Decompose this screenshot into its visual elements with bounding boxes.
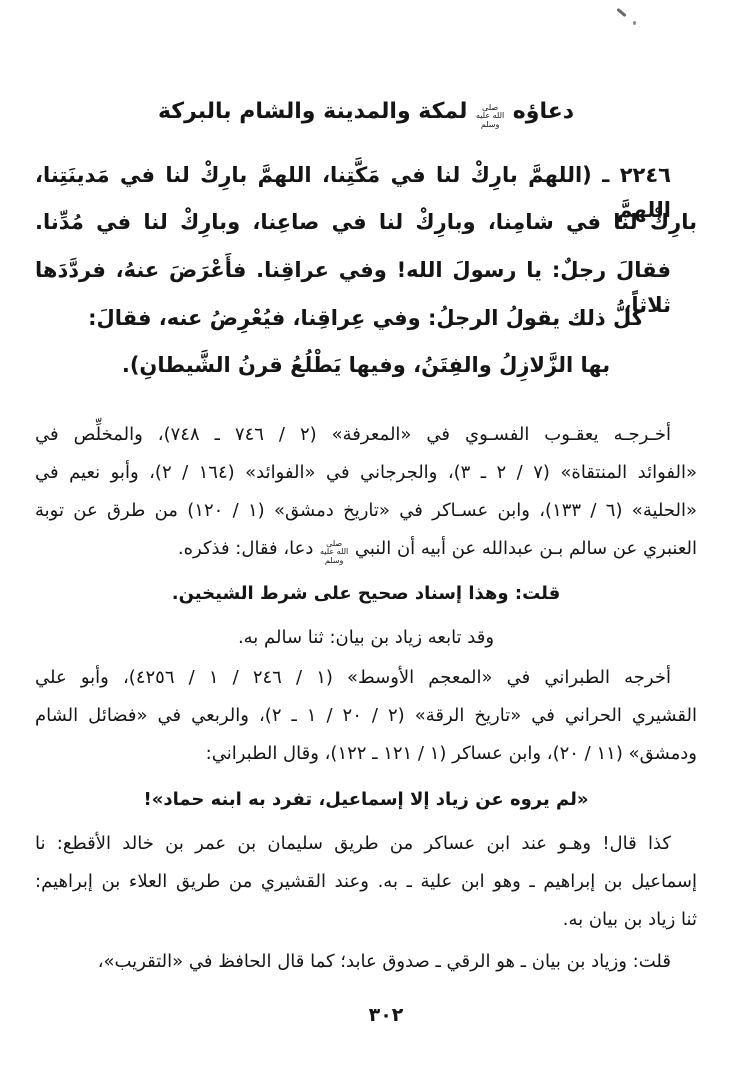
heading-text-post: لمكة والمدينة والشام بالبركة (158, 99, 467, 124)
scan-speck (616, 8, 626, 17)
takhrij-line-1: أخـرجـه يعقـوب الفسـوي في «المعرفة» (٢ /… (35, 420, 697, 450)
tabarani-quote: «لم يروه عن زياد إلا إسماعيل، تفرد به اب… (35, 785, 697, 815)
discussion-line-1: كذا قال! وهـو عند ابن عساكر من طريق سليم… (35, 829, 697, 859)
book-page: دعاؤه صلى الله عليه وسلم لمكة والمدينة و… (0, 0, 732, 1086)
section-heading: دعاؤه صلى الله عليه وسلم لمكة والمدينة و… (35, 94, 697, 130)
takhrij2-line-3: ودمشق» (١١ / ٢٠)، وابن عساكر (١ / ١٢١ ـ … (35, 739, 697, 769)
follow-up-note: وقد تابعه زياد بن بيان: ثنا سالم به. (35, 623, 697, 653)
saw-calligraphy-mark: صلى الله عليه وسلم (475, 104, 505, 130)
grading-comment: قلت: وهذا إسناد صحيح على شرط الشيخين. (35, 579, 697, 609)
hadith-number: ٢٢٤٦ (620, 163, 671, 187)
takhrij-text-pre: العنبري عن سالم بـن عبدالله عن أبيه أن ا… (355, 538, 697, 559)
scan-speck (633, 21, 636, 25)
hadith-line-4: كلُّ ذلك يقولُ الرجلُ: وفي عِراقِنا، فيُ… (35, 301, 697, 336)
heading-text-pre: دعاؤه (513, 99, 574, 124)
hadith-line-5: بها الزَّلازِلُ والفِتَنُ، وفيها يَطْلُع… (35, 348, 697, 383)
hadith-line-2: بارِكْ لنا في شامِنا، وبارِكْ لنا في صاع… (35, 205, 697, 240)
discussion-line-2: إسماعيل بن إبراهيم ـ وهو ابن علية ـ به. … (35, 867, 697, 897)
takhrij-text-post: دعا، فقال: فذكره. (178, 538, 314, 559)
page-number: ٣٠٢ (75, 1000, 697, 1031)
discussion-line-3: ثنا زياد بن بيان به. (35, 905, 697, 935)
saw-calligraphy-mark: صلى الله عليه وسلم (319, 540, 349, 566)
takhrij2-line-2: القشيري الحراني في «تاريخ الرقة» (٢ / ٢٠… (35, 701, 697, 731)
takhrij-line-2: «الفوائد المنتقاة» (٧ / ٢ ـ ٣)، والجرجان… (35, 458, 697, 488)
takhrij-line-4: العنبري عن سالم بـن عبدالله عن أبيه أن ا… (35, 534, 697, 566)
final-comment: قلت: وزياد بن بيان ـ هو الرقي ـ صدوق عاب… (35, 947, 697, 977)
takhrij-line-3: «الحلية» (٦ / ١٣٣)، وابن عسـاكر في «تاري… (35, 496, 697, 526)
takhrij2-line-1: أخرجه الطبراني في «المعجم الأوسط» (١ / ٢… (35, 663, 697, 693)
